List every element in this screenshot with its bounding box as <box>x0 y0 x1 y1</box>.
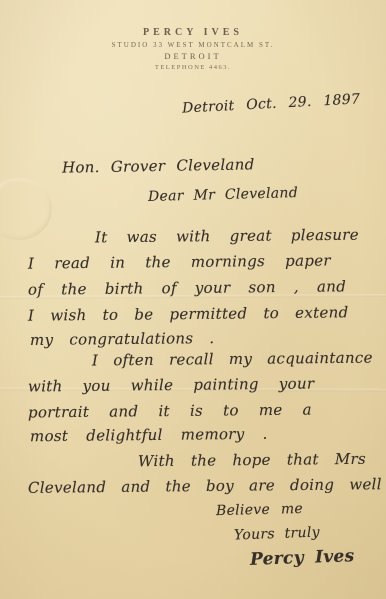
handwritten-line: my congratulations . <box>30 329 215 349</box>
handwritten-line: portrait and it is to me a <box>28 401 312 422</box>
handwritten-line: With the hope that Mrs <box>138 450 366 470</box>
signature: Percy Ives <box>250 546 355 570</box>
handwritten-line: I often recall my acquaintance <box>92 349 373 370</box>
recipient-line: Hon. Grover Cleveland <box>62 155 255 176</box>
handwritten-line: It was with great pleasure <box>95 226 359 247</box>
handwritten-line: Cleveland and the boy are doing well <box>28 475 382 497</box>
letterhead-telephone: TELEPHONE 4463. <box>0 64 386 71</box>
handwritten-line: I wish to be permitted to extend <box>28 303 349 324</box>
handwritten-line: I read in the mornings paper <box>28 251 331 272</box>
handwritten-line: most delightful memory . <box>30 425 268 445</box>
salutation-line: Dear Mr Cleveland <box>148 185 298 205</box>
paper-vignette <box>0 0 386 599</box>
letterhead-address: STUDIO 33 WEST MONTCALM ST. <box>0 41 386 49</box>
dateline: Detroit Oct. 29. 1897 <box>181 91 360 116</box>
letterhead-name: PERCY IVES <box>0 27 386 38</box>
handwritten-line: with you while painting your <box>28 375 315 396</box>
letterhead: PERCY IVES STUDIO 33 WEST MONTCALM ST. D… <box>0 27 386 71</box>
letterhead-city: DETROIT <box>0 51 386 61</box>
closing-yours-truly: Yours truly <box>234 525 320 544</box>
closing-believe-me: Believe me <box>216 501 303 519</box>
letter-document: PERCY IVES STUDIO 33 WEST MONTCALM ST. D… <box>0 0 386 599</box>
handwritten-line: of the birth of your son , and <box>28 277 346 298</box>
embossed-watermark <box>0 178 52 240</box>
